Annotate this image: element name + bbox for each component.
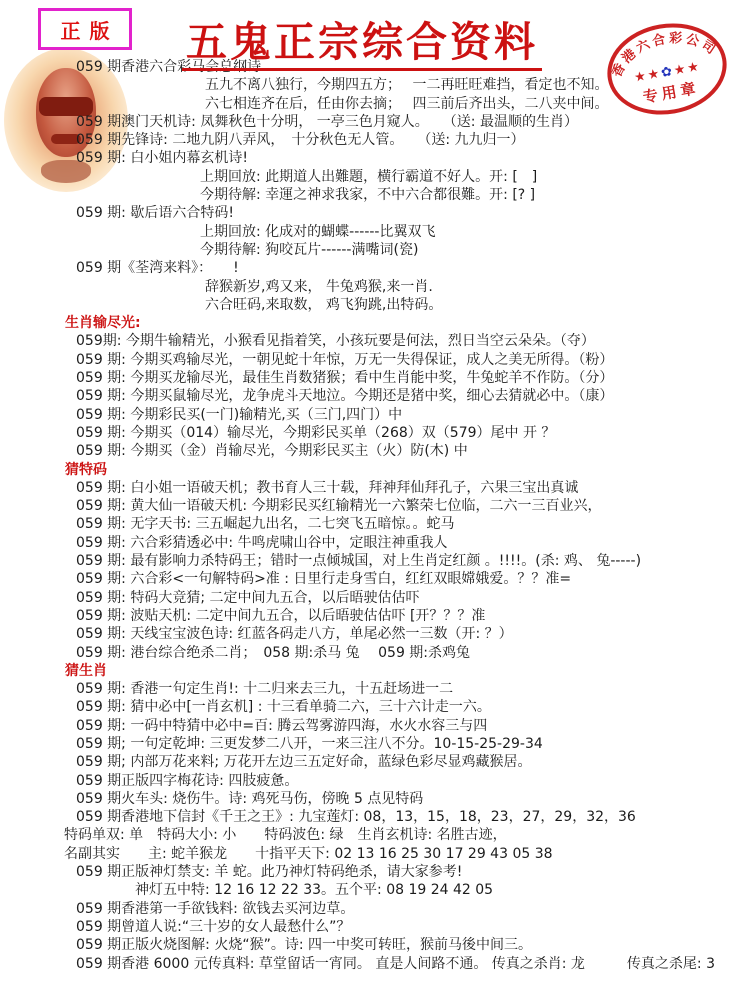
text-line: 059 期: 今期彩民买(一门)输精光,买（三门,四门）中 — [0, 406, 744, 424]
text-line: 059 期: 无字天书: 三五崛起九出名，二七突飞五暗惊。。蛇马 — [0, 515, 744, 533]
text-line: 上期回放: 化成对的蝴蝶------比翼双飞 — [0, 223, 744, 241]
content-lines: 059 期香港六合彩马会总纲诗五九不离八独行，今期四五方； 一二再旺旺难挡，看定… — [0, 58, 744, 973]
text-line: 神灯五中特: 12 16 12 22 33。五个平: 08 19 24 42 0… — [0, 881, 744, 899]
text-line: 059 期曾道人说:“三十岁的女人最愁什么”？ — [0, 918, 744, 936]
text-line: 059 期; 一句定乾坤: 三更发梦二八开，一来三注八不分。10-15-25-2… — [0, 735, 744, 753]
text-line: 059 期: 六合彩猜透必中: 牛鸣虎啸山谷中，定眼注神重我人 — [0, 534, 744, 552]
text-line: 今期待解: 狗咬瓦片------满嘴词(瓷) — [0, 241, 744, 259]
text-line: 059 期: 最有影响力杀特码王；错时一点倾城国，对上生肖定红颜 。!!!!。(… — [0, 552, 744, 570]
text-line: 今期待解: 幸運之神求我家，不中六合都很難。开: [? ] — [0, 186, 744, 204]
text-line: 059期: 今期牛输精光，小猴看见指着笑，小孩玩要是何法，烈日当空云朵朵。（夺） — [0, 332, 744, 350]
company-seal: 香港六合彩公司 ★★✿★★ 专用章 — [596, 12, 738, 126]
page: 正版 五鬼正宗综合资料 香港六合彩公司 ★★✿★★ 专用章 059 期香港六合彩… — [0, 0, 744, 990]
text-line: 059 期正版神灯禁支: 羊 蛇。此乃神灯特码绝杀，请大家参考! — [0, 863, 744, 881]
text-line: 059 期: 今期买鼠输尽光，龙争虎斗天地泣。今期还是猪中奖，细心去猜就必中。（… — [0, 387, 744, 405]
badge-label: 正版 — [52, 15, 119, 44]
text-line: 059 期正版四字梅花诗: 四肢疲惫。 — [0, 772, 744, 790]
text-line: 猜特码 — [0, 461, 744, 479]
text-line: 059 期: 一码中特猜中必中=百: 腾云驾雾游四海，水火水容三与四 — [0, 717, 744, 735]
text-line: 059 期: 六合彩<一句解特码>准 : 日里行走身雪白，红红双眼嫦娥爱。？？准… — [0, 570, 744, 588]
text-line: 059 期: 特码大竞猜; 二定中间九五合，以后晤驶估估吓 — [0, 589, 744, 607]
authenticity-badge: 正版 — [38, 8, 132, 50]
text-line: 059 期正版火烧图解: 火烧“猴”。诗: 四一中奖可转旺，猴前马後中间三。 — [0, 936, 744, 954]
text-line: 生肖输尽光: — [0, 314, 744, 332]
text-line: 059 期: 猜中必中[一肖玄机] : 十三看单骑二六，三十六计走一六。 — [0, 698, 744, 716]
text-line: 059 期: 今期买龙输尽光，最佳生肖数猪猴；看中生肖能中奖，牛兔蛇羊不作防。（… — [0, 369, 744, 387]
text-line: 059 期: 今期买（014）输尽光，今期彩民买单（268）双（579）尾中 开… — [0, 424, 744, 442]
text-line: 名副其实 主: 蛇羊猴龙 十指平天下: 02 13 16 25 30 17 29… — [0, 845, 744, 863]
text-line: 059 期: 白小姐一语破天机；教书育人三十载，拜神拜仙拜孔子，六果三宝出真诚 — [0, 479, 744, 497]
text-line: 猜生肖 — [0, 662, 744, 680]
page-title: 五鬼正宗综合资料 — [182, 20, 542, 71]
text-line: 059 期: 香港一句定生肖!: 十二归来去三九，十五赶场进一二 — [0, 680, 744, 698]
text-line: 059 期; 内部万花来料; 万花开左边三五定好命，蓝绿色彩尽显鸡藏猴居。 — [0, 753, 744, 771]
text-line: 059 期: 今期买（金）肖输尽光，今期彩民买主（火）防(木) 中 — [0, 442, 744, 460]
text-line: 059 期香港第一手欲钱料: 欲钱去买河边草。 — [0, 900, 744, 918]
text-line: 059 期香港 6000 元传真料: 草堂留话一宵同。 直是人间路不通。 传真之… — [0, 955, 744, 973]
text-line: 059 期先锋诗: 二地九阴八弄风， 十分秋色无人管。 （送: 九九归一） — [0, 131, 744, 149]
text-line: 059 期: 天线宝宝波色诗: 红蓝各码走八方，单尾必然一三数（开: ？） — [0, 625, 744, 643]
text-line: 059 期: 波贴天机: 二定中间九五合，以后晤驶估估吓 [开？？？准 — [0, 607, 744, 625]
text-line: 辞猴新岁,鸡又来， 牛兔鸡猴,来一肖. — [0, 278, 744, 296]
text-line: 059 期香港地下信封《千王之王》: 九宝莲灯: 08，13，15，18，23，… — [0, 808, 744, 826]
text-line: 六合旺码,来取数， 鸡飞狗跳,出特码。 — [0, 296, 744, 314]
text-line: 059 期火车头: 烧伤牛。诗: 鸡死马伤，傍晚 5 点见特码 — [0, 790, 744, 808]
text-line: 特码单双: 单 特码大小: 小 特码波色: 绿 生肖玄机诗: 名胜古迹， — [0, 826, 744, 844]
text-line: 059 期: 港台综合绝杀二肖； 058 期:杀马 兔 059 期:杀鸡兔 — [0, 644, 744, 662]
text-line: 059 期: 今期买鸡输尽光，一朝见蛇十年惊，万无一失得保证，成人之美无所得。（… — [0, 351, 744, 369]
text-line: 059 期: 白小姐内幕玄机诗! — [0, 149, 744, 167]
text-line: 059 期: 黄大仙一语破天机: 今期彩民买红输精光一六繁荣七位临，二六一三百业… — [0, 497, 744, 515]
text-line: 059 期《荃湾来料》： ! — [0, 259, 744, 277]
text-line: 上期回放: 此期道人出難題，横行霸道不好人。开: [ ] — [0, 168, 744, 186]
text-line: 059 期: 歇后语六合特码! — [0, 204, 744, 222]
